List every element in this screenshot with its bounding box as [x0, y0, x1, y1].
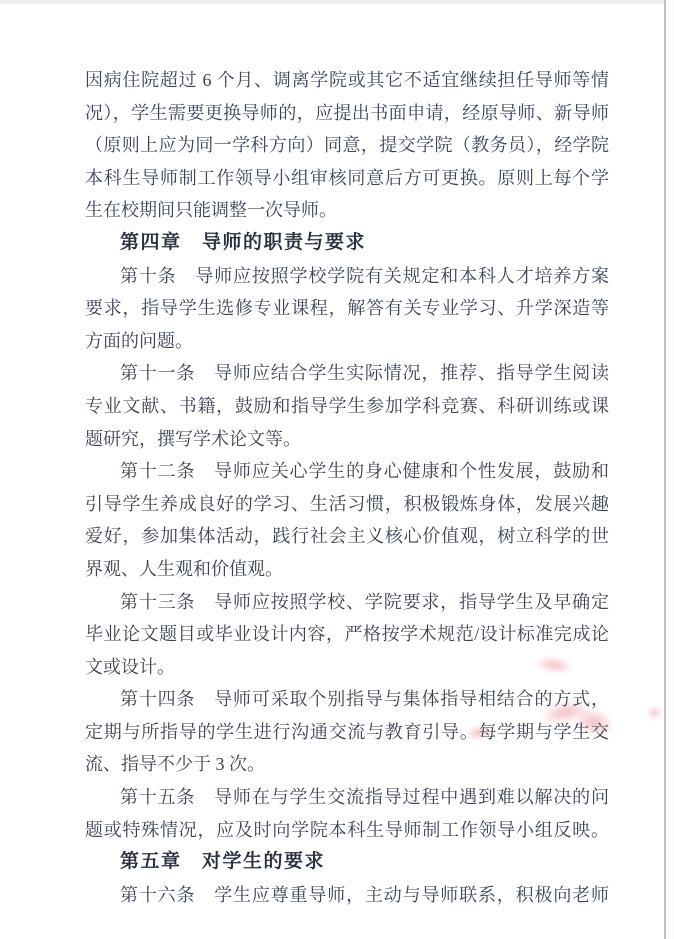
text-line: 第十五条 导师在与学生交流指导过程中遇到难以解决的问	[85, 781, 609, 814]
text-line: 第十四条 导师可采取个别指导与集体指导相结合的方式，	[85, 683, 609, 716]
text-line: 题或特殊情况，应及时向学院本科生导师制工作领导小组反映。	[85, 814, 609, 847]
text-line: （原则上应为同一学科方向）同意，提交学院（教务员），经学院	[85, 129, 609, 162]
text-line: 题研究，撰写学术论文等。	[85, 423, 609, 456]
scan-top-edge-artifact	[0, 0, 674, 4]
text-line: 因病住院超过 6 个月、调离学院或其它不适宜继续担任导师等情	[85, 64, 609, 97]
text-line: 定期与所指导的学生进行沟通交流与教育引导。每学期与学生交	[85, 716, 609, 749]
text-line: 专业文献、书籍，鼓励和指导学生参加学科竞赛、科研训练或课	[85, 390, 609, 423]
text-line: 引导学生养成良好的学习、生活习惯，积极锻炼身体，发展兴趣	[85, 488, 609, 521]
text-line: 界观、人生观和价值观。	[85, 553, 609, 586]
text-line: 第十二条 导师应关心学生的身心健康和个性发展，鼓励和	[85, 455, 609, 488]
scan-right-margin-area	[666, 0, 674, 939]
text-line: 生在校期间只能调整一次导师。	[85, 194, 609, 227]
text-line: 本科生导师制工作领导小组审核同意后方可更换。原则上每个学	[85, 162, 609, 195]
chapter-heading-line: 第四章 导师的职责与要求	[85, 227, 609, 260]
document-text-block: 因病住院超过 6 个月、调离学院或其它不适宜继续担任导师等情况），学生需要更换导…	[85, 64, 609, 911]
text-line: 方面的问题。	[85, 325, 609, 358]
text-line: 毕业论文题目或毕业设计内容，严格按学术规范/设计标准完成论	[85, 618, 609, 651]
text-line: 文或设计。	[85, 651, 609, 684]
scan-right-edge-line	[664, 0, 666, 939]
stamp-bleed-mark	[647, 707, 662, 719]
text-line: 第十条 导师应按照学校学院有关规定和本科人才培养方案	[85, 260, 609, 293]
text-line: 况），学生需要更换导师的，应提出书面申请，经原导师、新导师	[85, 97, 609, 130]
text-line: 第十一条 导师应结合学生实际情况，推荐、指导学生阅读	[85, 357, 609, 390]
scanned-document-page: 因病住院超过 6 个月、调离学院或其它不适宜继续担任导师等情况），学生需要更换导…	[0, 0, 674, 939]
chapter-heading-line: 第五章 对学生的要求	[85, 846, 609, 879]
text-line: 流、指导不少于 3 次。	[85, 748, 609, 781]
text-line: 第十三条 导师应按照学校、学院要求，指导学生及早确定	[85, 586, 609, 619]
text-line: 要求，指导学生选修专业课程，解答有关专业学习、升学深造等	[85, 292, 609, 325]
text-line: 第十六条 学生应尊重导师，主动与导师联系，积极向老师	[85, 879, 609, 912]
text-line: 爱好，参加集体活动，践行社会主义核心价值观，树立科学的世	[85, 520, 609, 553]
